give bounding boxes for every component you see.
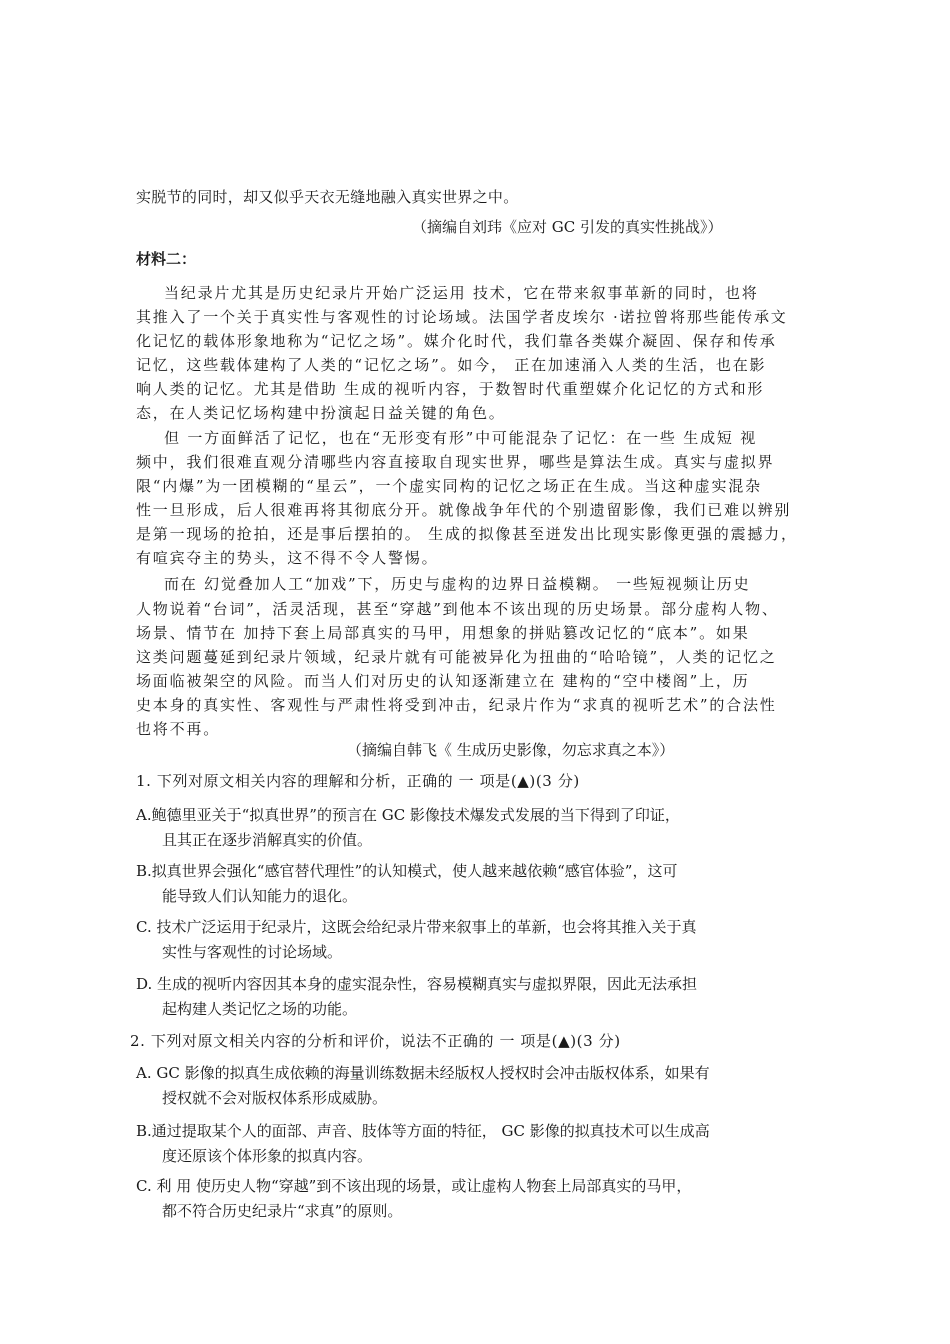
paragraph-line: 是第一现场的抢拍，还是事后摆拍的。 生成的拟像甚至迸发出比现实影像更强的震撼力， — [136, 524, 798, 544]
question-2-option-c[interactable]: C. 利 用 使历史人物“穿越”到不该出现的场景，或让虚构人物套上局部真实的马甲… — [136, 1175, 691, 1221]
question-1-option-a[interactable]: A.鲍德里亚关于“拟真世界”的预言在 GC 影像技术爆发式发展的当下得到了印证，… — [136, 804, 680, 850]
paragraph-line: 史本身的真实性、客观性与严肃性将受到冲击，纪录片作为“求真的视听艺术”的合法性 — [136, 695, 777, 715]
paragraph-line: 但 一方面鲜活了记忆，也在“无形变有形”中可能混杂了记忆：在一些 生成短 视 — [164, 428, 757, 448]
paragraph-line: 响人类的记忆。尤其是借助 生成的视听内容，于数智时代重塑媒介化记忆的方式和形 — [136, 379, 764, 399]
paragraph-line: 其推入了一个关于真实性与客观性的讨论场域。法国学者皮埃尔 ·诺拉曾将那些能传承文 — [136, 307, 788, 327]
option-line: B.通过提取某个人的面部、声音、肢体等方面的特征， GC 影像的拟真技术可以生成… — [136, 1122, 710, 1140]
option-line-continued: 度还原该个体形象的拟真内容。 — [136, 1145, 710, 1166]
paragraph-line: 有喧宾夺主的势头，这不得不令人警惕。 — [136, 548, 438, 568]
question-1-stem: 1. 下列对原文相关内容的理解和分析，正确的 一 项是(▲)(3 分) — [136, 770, 580, 791]
question-1-option-c[interactable]: C. 技术广泛运用于纪录片，这既会给纪录片带来叙事上的革新，也会将其推入关于真 … — [136, 916, 696, 962]
option-line-continued: 实性与客观性的讨论场域。 — [136, 941, 696, 962]
option-line: C. 利 用 使历史人物“穿越”到不该出现的场景，或让虚构人物套上局部真实的马甲… — [136, 1177, 691, 1195]
paragraph-line: 也将不再。 — [136, 719, 220, 739]
question-2-option-a[interactable]: A. GC 影像的拟真生成依赖的海量训练数据未经版权人授权时会冲击版权体系，如果… — [136, 1062, 710, 1108]
paragraph-line: 而在 幻觉叠加人工“加戏”下，历史与虚构的边界日益模糊。 一些短视频让历史 — [164, 574, 750, 594]
question-2-option-b[interactable]: B.通过提取某个人的面部、声音、肢体等方面的特征， GC 影像的拟真技术可以生成… — [136, 1120, 710, 1166]
option-line-continued: 起构建人类记忆之场的功能。 — [136, 998, 697, 1019]
paragraph-line: 限“内爆”为一团模糊的“星云”，一个虚实同构的记忆之场正在生成。当这种虚实混杂 — [136, 476, 762, 496]
paragraph-line: 场景、情节在 加持下套上局部真实的马甲，用想象的拼贴篡改记忆的“底本”。如果 — [136, 623, 750, 643]
option-line: B.拟真世界会强化“感官替代理性”的认知模式，使人越来越依赖“感官体验”，这可 — [136, 862, 677, 880]
option-line-continued: 且其正在逐步消解真实的价值。 — [136, 829, 680, 850]
option-line-continued: 能导致人们认知能力的退化。 — [136, 885, 677, 906]
option-line: A. GC 影像的拟真生成依赖的海量训练数据未经版权人授权时会冲击版权体系，如果… — [136, 1064, 710, 1082]
question-1-option-d[interactable]: D. 生成的视听内容因其本身的虚实混杂性，容易模糊真实与虚拟界限，因此无法承担 … — [136, 973, 697, 1019]
paragraph-line: 这类问题蔓延到纪录片领域，纪录片就有可能被异化为扭曲的“哈哈镜”，人类的记忆之 — [136, 647, 777, 667]
source-citation-1: （摘编自刘玮《应对 GC 引发的真实性挑战》） — [412, 217, 723, 237]
option-line: A.鲍德里亚关于“拟真世界”的预言在 GC 影像技术爆发式发展的当下得到了印证， — [136, 806, 680, 824]
option-line-continued: 都不符合历史纪录片“求真”的原则。 — [136, 1200, 691, 1221]
material2-heading: 材料二： — [136, 248, 196, 269]
option-line-continued: 授权就不会对版权体系形成威胁。 — [136, 1087, 710, 1108]
paragraph-line: 当纪录片尤其是历史纪录片开始广泛运用 技术，它在带来叙事革新的同时，也将 — [164, 283, 759, 303]
paragraph-line: 性一旦形成，后人很难再将其彻底分开。就像战争年代的个别遗留影像，我们已难以辨别 — [136, 500, 791, 520]
question-2-stem: 2. 下列对原文相关内容的分析和评价，说法不正确的 一 项是(▲)(3 分) — [130, 1030, 621, 1051]
paragraph-line: 态，在人类记忆场构建中扮演起日益关键的角色。 — [136, 403, 506, 423]
paragraph-line: 化记忆的载体形象地称为“记忆之场”。媒介化时代，我们靠各类媒介凝固、保存和传承 — [136, 331, 777, 351]
option-line: C. 技术广泛运用于纪录片，这既会给纪录片带来叙事上的革新，也会将其推入关于真 — [136, 918, 696, 936]
question-1-option-b[interactable]: B.拟真世界会强化“感官替代理性”的认知模式，使人越来越依赖“感官体验”，这可 … — [136, 860, 677, 906]
paragraph-line: 频中，我们很难直观分清哪些内容直接取自现实世界，哪些是算法生成。真实与虚拟界 — [136, 452, 774, 472]
option-line: D. 生成的视听内容因其本身的虚实混杂性，容易模糊真实与虚拟界限，因此无法承担 — [136, 975, 697, 993]
paragraph-line: 人物说着“台词”，活灵活现，甚至“穿越”到他本不该出现的历史场景。部分虚构人物、 — [136, 599, 779, 619]
source-citation-2: （摘编自韩飞《 生成历史影像，勿忘求真之本》） — [347, 740, 674, 760]
paragraph-line: 场面临被架空的风险。而当人们对历史的认知逐渐建立在 建构的“空中楼阁”上，历 — [136, 671, 750, 691]
material1-tail-text: 实脱节的同时，却又似乎天衣无缝地融入真实世界之中。 — [136, 187, 519, 207]
paragraph-line: 记忆，这些载体建构了人类的“记忆之场”。如今， 正在加速涌入人类的生活，也在影 — [136, 355, 766, 375]
exam-page: 实脱节的同时，却又似乎天衣无缝地融入真实世界之中。 （摘编自刘玮《应对 GC 引… — [0, 0, 950, 1344]
